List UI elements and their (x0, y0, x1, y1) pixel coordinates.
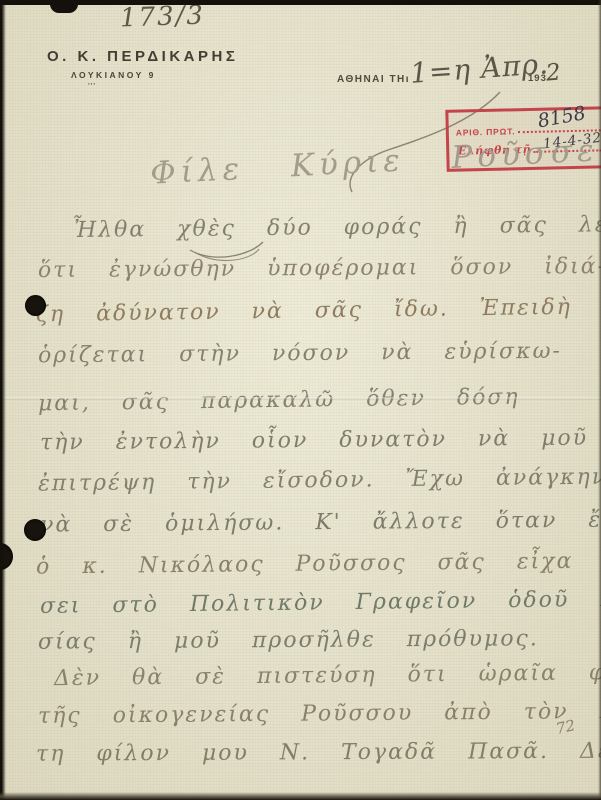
handwriting-line: ζη ἀδύνατον νὰ σᾶς ἴδω. Ἐπειδὴ μοῦ (36, 294, 601, 328)
handwriting-line: μαι, σᾶς παρακαλῶ ὅθεν δόση (38, 385, 520, 417)
handwriting-line: σίας ἢ μοῦ προσῆλθε πρόθυμος. (38, 626, 539, 654)
salutation: Φίλε Κύριε Ροῦσσε (149, 132, 599, 191)
handwriting-line: τη φίλον μου Ν. Τογαδᾶ Πασᾶ. Δὲν ἤλ (36, 738, 601, 766)
scan-edge-left (0, 0, 6, 800)
handwriting-line: ἐπιτρέψη τὴν εἴσοδον. Ἔχω ἀνάγκην (38, 465, 601, 497)
handwriting-line: Δὲν θὰ σὲ πιστεύση ὅτι ὡραῖα φίλα (54, 660, 601, 691)
handwriting-line: τὴν ἐντολὴν οἷον δυνατὸν νὰ μοῦ (40, 426, 588, 456)
punch-hole (24, 519, 46, 541)
handwriting-line: ὁ κ. Νικόλαος Ροῦσσος σᾶς εἶχα ἐνοχλή- (36, 547, 601, 579)
handwriting-line: ὁρίζεται στὴν νόσον νὰ εὑρίσκω- (38, 339, 562, 369)
fold-crease (0, 397, 601, 400)
interlinear-note: 72 (554, 716, 576, 738)
pencil-archive-number: 173/3 (120, 1, 206, 34)
underline-flourish (190, 242, 263, 257)
stamp-protocol-number: 8158 (536, 102, 588, 132)
handwriting-line: νὰ σὲ ὁμιλήσω. Κ' ἄλλοτε ὅταν ἔζη (40, 507, 601, 537)
letterhead-address: ΛΟΥΚΙΑΝΟΥ 9 (71, 70, 156, 80)
scan-edge-top (0, 0, 601, 5)
handwriting-line: Ἦλθα χθὲς δύο φοράς ἢ σᾶς λέγω (72, 212, 601, 243)
letterhead-ornament-dots: ··· (87, 78, 95, 90)
handwriting-line: τῆς οἰκογενείας Ροῦσσου ἀπὸ τὸν Μακαρί- (38, 698, 601, 729)
handwritten-year-digit: 2 (545, 59, 562, 86)
punch-hole (25, 295, 46, 316)
scan-edge-notch (50, 0, 78, 13)
printed-place-date-label: ΑΘΗΝΑΙ ΤΗι (337, 74, 410, 85)
scan-edge-bottom (0, 792, 601, 800)
scanned-letter-page: 173/3 Ο. Κ. ΠΕΡΔΙΚΑΡΗΣ ΛΟΥΚΙΑΝΟΥ 9 ··· Α… (0, 0, 601, 800)
letterhead-name: Ο. Κ. ΠΕΡΔΙΚΑΡΗΣ (47, 48, 238, 65)
printed-year-prefix: 193 (528, 73, 547, 84)
handwriting-line: σει στὸ Πολιτικὸν Γραφεῖον ὁδοῦ Κυρη- (40, 586, 601, 619)
handwriting-line: ὅτι ἐγνώσθην ὑποφέρομαι ὅσον ἰδιά- (38, 254, 601, 283)
